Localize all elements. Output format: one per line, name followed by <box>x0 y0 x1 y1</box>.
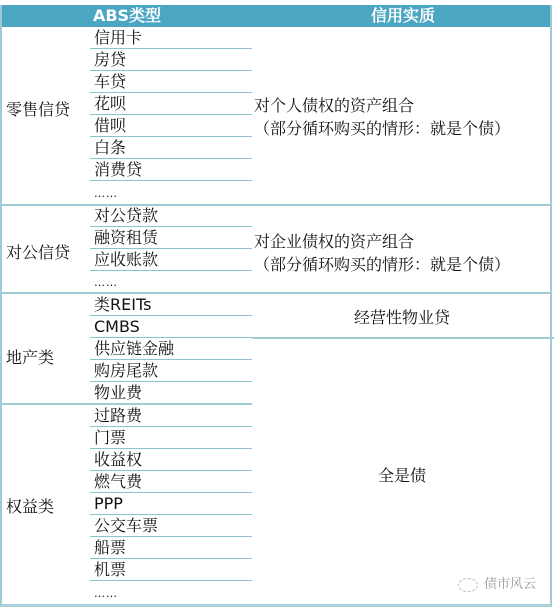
category-equity: 权益类 <box>6 494 86 517</box>
list-item-ellipsis: …… <box>90 581 252 603</box>
table-header: ABS类型 信用实质 <box>2 5 550 27</box>
list-item: PPP <box>90 493 252 515</box>
list-item: 过路费 <box>90 405 252 427</box>
list-item: 房贷 <box>90 49 252 71</box>
list-item: 门票 <box>90 427 252 449</box>
list-item: 公交车票 <box>90 515 252 537</box>
wechat-icon <box>458 578 478 592</box>
list-item: 机票 <box>90 559 252 581</box>
list-item: 物业费 <box>90 382 252 404</box>
essence-equity: 全是债 <box>254 463 550 486</box>
list-item: 燃气费 <box>90 471 252 493</box>
list-item: 白条 <box>90 137 252 159</box>
list-item: 对公贷款 <box>90 205 252 227</box>
header-abs-type: ABS类型 <box>2 5 252 27</box>
essence-retail: 对个人债权的资产组合 （部分循环购买的情形：就是个债） <box>254 93 550 139</box>
watermark: 债市风云 <box>458 573 536 592</box>
list-item: 收益权 <box>90 449 252 471</box>
list-item: 融资租赁 <box>90 227 252 249</box>
list-item-ellipsis: …… <box>90 270 252 292</box>
group-divider <box>2 204 550 206</box>
list-item: 借呗 <box>90 115 252 137</box>
essence-line: 对企业债权的资产组合 <box>254 229 550 252</box>
list-item: CMBS <box>90 316 252 338</box>
essence-real-estate: 经营性物业贷 <box>254 305 550 328</box>
list-item: 应收账款 <box>90 249 252 271</box>
list-item: 车贷 <box>90 71 252 93</box>
list-item: 信用卡 <box>90 27 252 49</box>
category-real-estate: 地产类 <box>6 345 86 368</box>
list-item: 购房尾款 <box>90 360 252 382</box>
list-item-ellipsis: …… <box>90 181 252 203</box>
essence-corporate: 对企业债权的资产组合 （部分循环购买的情形：就是个债） <box>254 229 550 275</box>
list-item: 供应链金融 <box>90 338 252 360</box>
list-item: 船票 <box>90 537 252 559</box>
list-item: 类REITs <box>90 294 252 316</box>
abs-credit-table: ABS类型 信用实质 零售信贷 信用卡 房贷 车贷 花呗 借呗 白条 消费贷 …… <box>0 5 552 607</box>
essence-note: （部分循环购买的情形：就是个债） <box>254 252 550 275</box>
watermark-text: 债市风云 <box>484 577 536 592</box>
essence-note: （部分循环购买的情形：就是个债） <box>254 116 550 139</box>
essence-cell-divider <box>252 337 554 339</box>
category-corporate-credit: 对公信贷 <box>6 240 86 263</box>
list-item: 消费贷 <box>90 159 252 181</box>
list-item: 花呗 <box>90 93 252 115</box>
header-credit-essence: 信用实质 <box>252 5 554 27</box>
essence-line: 对个人债权的资产组合 <box>254 93 550 116</box>
category-retail-credit: 零售信贷 <box>6 97 86 120</box>
group-divider <box>2 292 550 294</box>
